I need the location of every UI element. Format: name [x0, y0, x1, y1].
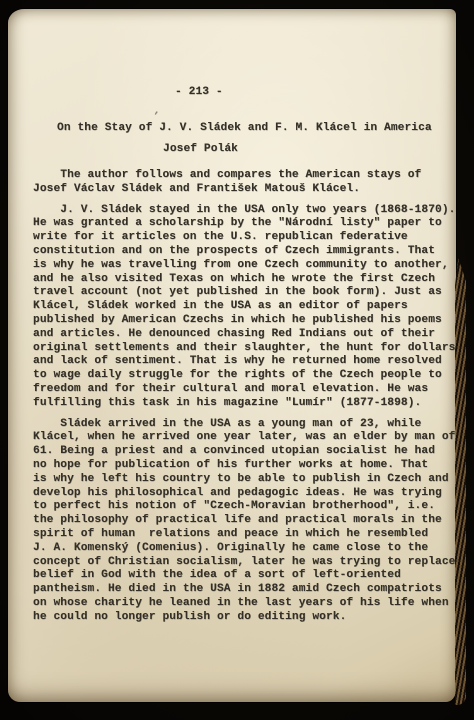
paragraph-sladek: J. V. Sládek stayed in the USA only two …	[33, 204, 451, 411]
article-body: The author follows and compares the Amer…	[33, 169, 451, 632]
ink-artifact: ,	[153, 105, 162, 120]
page-number: - 213 -	[175, 85, 223, 99]
scanned-book-spread: - 213 - , On the Stay of J. V. Sládek an…	[0, 0, 474, 720]
article-title: On the Stay of J. V. Sládek and F. M. Kl…	[57, 121, 432, 135]
book-page: - 213 - , On the Stay of J. V. Sládek an…	[8, 9, 456, 702]
book-fore-edge	[455, 258, 466, 705]
article-author: Josef Polák	[163, 142, 238, 156]
paragraph-intro: The author follows and compares the Amer…	[33, 169, 451, 197]
scan-background: { "page": { "page_number": "- 213 -", "a…	[0, 0, 474, 720]
paragraph-klacel: Sládek arrived in the USA as a young man…	[33, 418, 451, 625]
